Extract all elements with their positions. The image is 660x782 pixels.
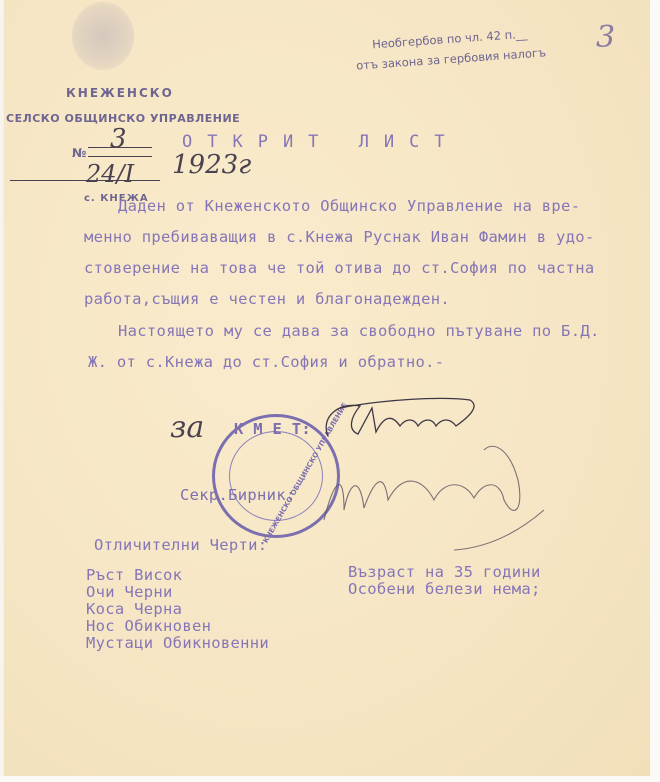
body-line-4: работа,същия е честен и благонадежден. [84,290,450,308]
mayor-signature-icon [320,396,500,446]
strikethrough-lines [88,147,152,157]
mayor-prefix-handwritten: за [170,410,204,445]
secretary-signature-icon [304,440,554,560]
mayor-label: К М Е Т: [234,420,311,438]
number-label: № [72,146,86,160]
feature-left-3: Нос Обикновен [86,618,211,635]
scan-margin-right [650,0,660,782]
feature-left-2: Коса Черна [86,601,182,618]
body-line-1: Даден от Кнеженското Общинско Управление… [118,197,580,215]
feature-left-0: Ръст Висок [86,567,182,584]
body-line-2: менно пребиваващия в с.Кнежа Руснак Иван… [84,228,594,246]
body-line-3: стоверение на това че той отива до ст.Со… [84,259,594,277]
body-line-6: Ж. от с.Кнежа до ст.София и обратно.- [88,353,444,371]
feature-left-4: Мустаци Обикновенни [86,635,269,652]
handwritten-date-year: 1923г [172,150,251,180]
body-line-5: Настоящето му се дава за свободно пътува… [118,322,600,340]
feature-right-1: Особени белези нема; [348,581,541,598]
secretary-label: Секр.Бирник: [180,486,296,504]
header-stamp-line1: КНЕЖЕНСКО [66,86,174,100]
document-page: КНЕЖЕНСКО СЕЛСКО ОБЩИНСКО УПРАВЛЕНИЕ № 3… [4,0,650,776]
feature-right-0: Възраст на 35 години [348,564,541,581]
feature-left-1: Очи Черни [86,584,173,601]
handwritten-date-day: 24/I [86,160,134,188]
features-heading: Отличителни Черти: [94,536,267,554]
document-title: ОТКРИТ ЛИСТ [182,132,460,152]
scan-margin-bottom [0,776,660,782]
page-number: 3 [596,20,615,55]
coat-of-arms-stamp-icon [72,2,134,70]
date-underline [10,180,160,181]
